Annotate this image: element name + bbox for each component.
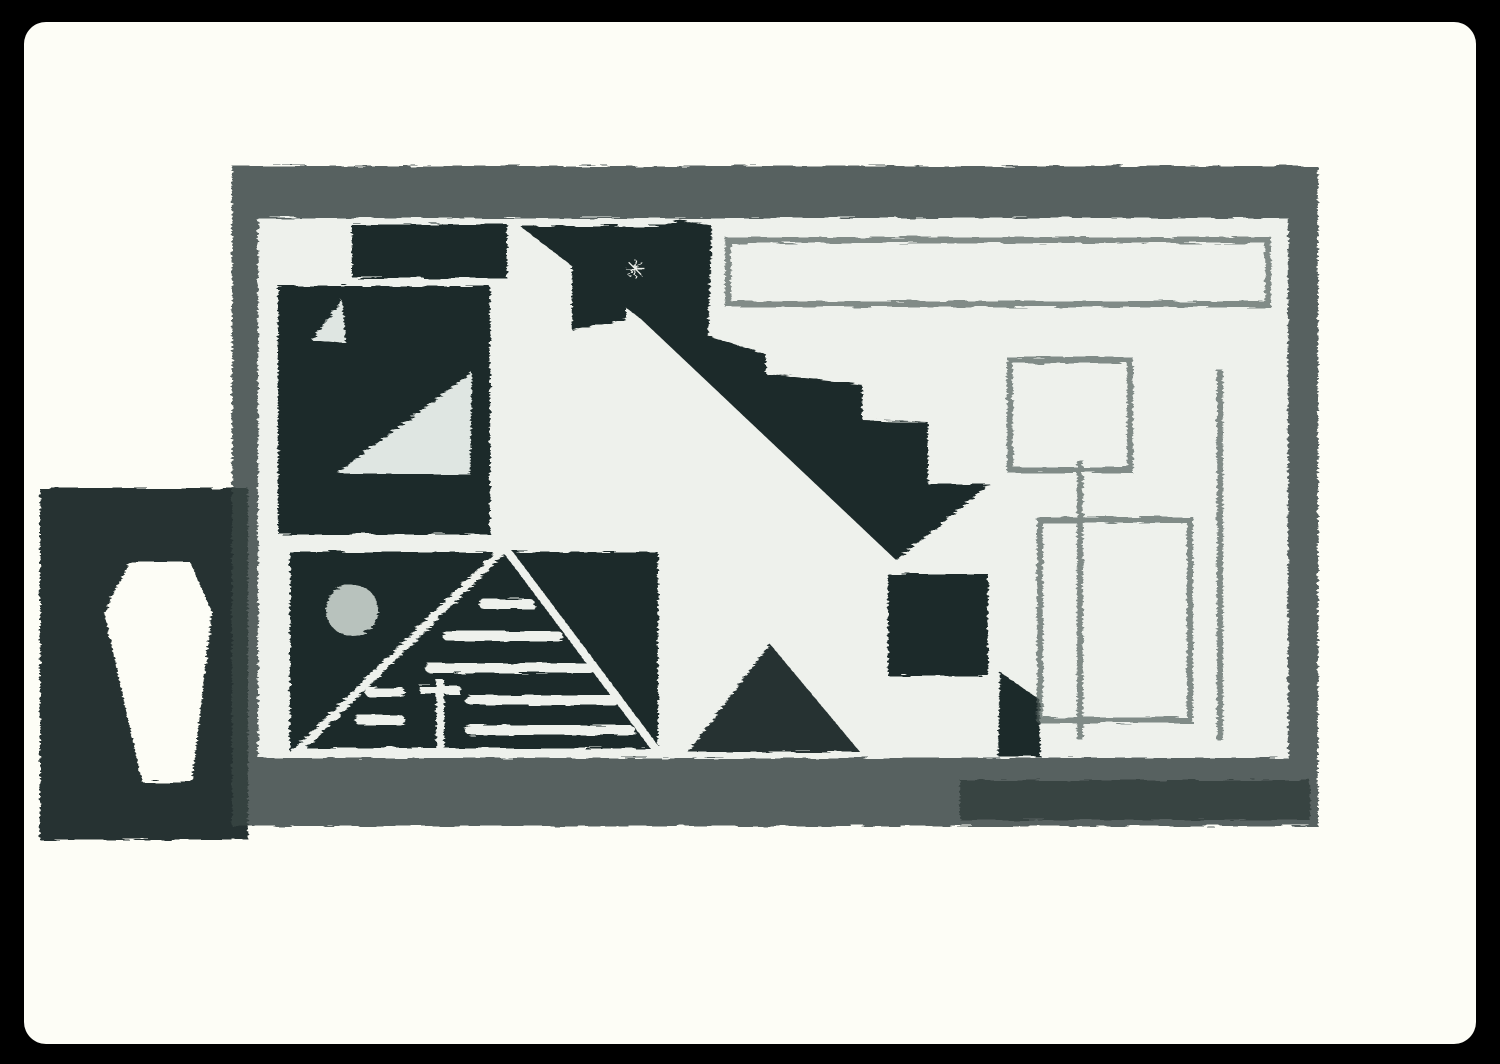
artwork-paper: ✳: [24, 22, 1476, 1044]
star-glyph: ✳: [624, 255, 646, 285]
moon-circle: [326, 584, 378, 636]
monoprint-artwork: ✳: [24, 22, 1476, 1044]
